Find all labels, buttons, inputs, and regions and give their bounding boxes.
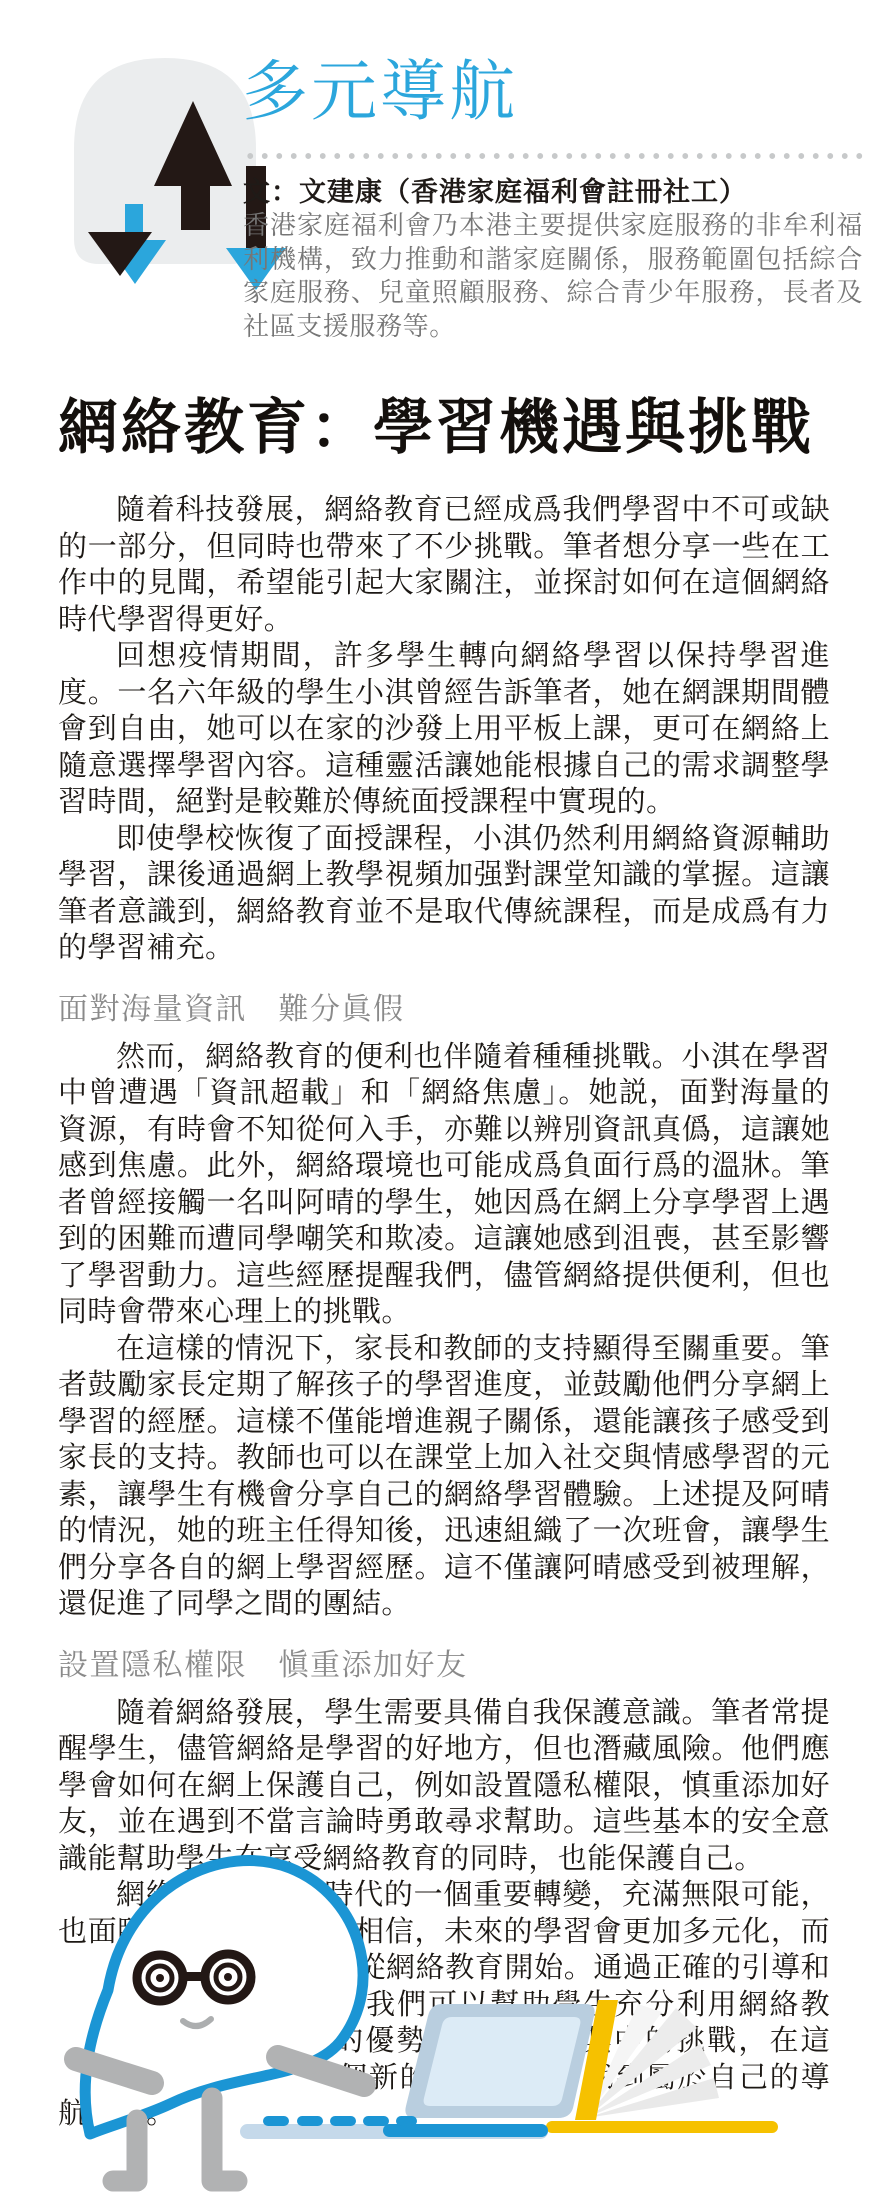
book-cover-edge	[546, 2121, 778, 2133]
article-headline: 網絡教育：學習機遇與挑戰	[58, 380, 830, 466]
footer-illustration	[40, 1832, 848, 2200]
laptop-screen	[424, 2017, 581, 2106]
character-right-arm	[278, 2057, 364, 2085]
newspaper-column-page: 多元導航 文：文建康（香港家庭福利會註冊社工） 香港家庭福利會乃本港主要提供家庭…	[0, 0, 888, 2200]
byline: 文：文建康（香港家庭福利會註冊社工）	[243, 170, 863, 209]
character-right-leg	[212, 2098, 237, 2181]
body-paragraph: 隨着科技發展，網絡教育已經成爲我們學習中不可或缺的一部分，但同時也帶來了不少挑戰…	[58, 492, 830, 638]
body-paragraph: 即使學校恢復了面授課程，小淇仍然利用網絡資源輔助學習，課後通過網上教學視頻加强對…	[58, 821, 830, 967]
organisation-intro: 香港家庭福利會乃本港主要提供家庭服務的非牟利福利機構，致力推動和諧家庭關係，服務…	[243, 209, 863, 343]
section-heading: 設置隱私權限 愼重添加好友	[58, 1640, 830, 1684]
column-title: 多元導航	[242, 38, 518, 133]
body-paragraph: 然而，網絡教育的便利也伴隨着種種挑戰。小淇在學習中曾遭遇「資訊超載」和「網絡焦慮…	[58, 1039, 830, 1331]
body-paragraph: 回想疫情期間，許多學生轉向網絡學習以保持學習進度。一名六年級的學生小淇曾經告訴筆…	[58, 638, 830, 821]
section-heading: 面對海量資訊 難分眞假	[58, 984, 830, 1028]
dotted-divider	[243, 152, 863, 160]
body-paragraph: 在這樣的情況下，家長和教師的支持顯得至關重要。筆者鼓勵家長定期了解孩子的學習進度…	[58, 1331, 830, 1623]
